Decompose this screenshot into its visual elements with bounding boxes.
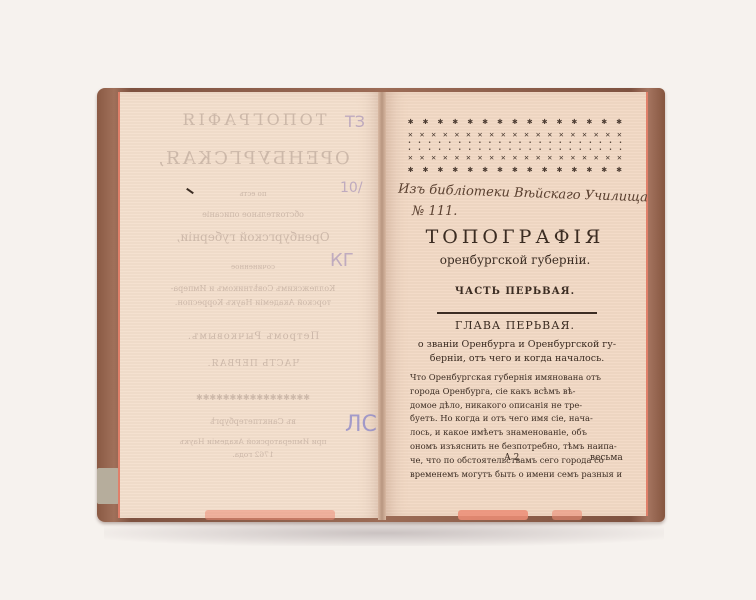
- signature-mark: А 2: [504, 453, 519, 463]
- bleed-year: 1762 года.: [148, 450, 358, 459]
- book-gutter: [378, 92, 386, 520]
- page-title: ТОПОГРАФІЯ: [400, 226, 630, 248]
- ornament-row-stars-2: ✱✱✱✱✱✱✱✱✱✱✱✱✱✱✱: [408, 166, 622, 175]
- page-subtitle: оренбургской губерніи.: [400, 253, 630, 267]
- body-line: домое дѣло, никакого описанія не тре-: [410, 399, 622, 413]
- bleed-ornament: ✱✱✱✱✱✱✱✱✱✱✱✱✱✱✱✱✱: [148, 393, 358, 402]
- bleed-line: Коллежскимъ Совѣтникомъ и Импера-: [148, 284, 358, 293]
- bleed-part: ЧАСТЬ ПЕРВАЯ.: [148, 359, 358, 369]
- ornament-row-x-2: ✕✕✕✕✕✕✕✕✕✕✕✕✕✕✕✕✕✕✕: [408, 154, 622, 162]
- part-heading: ЧАСТЬ ПЕРЬВАЯ.: [400, 286, 630, 297]
- pencil-mark: ТЗ: [345, 112, 365, 131]
- bleed-author: Петромъ Рычковымъ.: [148, 331, 358, 342]
- right-page-edge-stain-2: [552, 510, 582, 520]
- bleed-line: сочиненное: [148, 263, 358, 271]
- catchword: весьма: [590, 453, 623, 463]
- left-page-edge-stain: [205, 510, 335, 520]
- body-line: буетъ. Но когда и отъ чего имя сіе, нача…: [410, 412, 622, 426]
- pencil-mark: 10/: [340, 180, 363, 196]
- bleed-press: при Императорской Академіи Наукъ: [148, 437, 358, 446]
- ornament-row-dots: ••••••••••••••••••••••: [408, 141, 622, 146]
- bleed-line: Оренбургской губерніи,: [148, 230, 358, 244]
- bleed-title: ТОПОГРАФІЯ: [148, 110, 358, 129]
- book-shadow: [104, 520, 664, 546]
- bleed-line: по есть: [148, 190, 358, 198]
- ornament-row-stars: ✱✱✱✱✱✱✱✱✱✱✱✱✱✱✱: [408, 118, 622, 127]
- body-line: лось, и какое имѣетъ знаменованіе, объ: [410, 426, 622, 440]
- body-line: временемъ могутъ быть о имени семъ разны…: [410, 468, 622, 482]
- bleed-line: торской Академіи Наукъ Корреспон.: [148, 298, 358, 307]
- worn-cover-corner: [97, 468, 119, 504]
- pencil-mark: ЛС: [345, 412, 377, 437]
- body-line: Что Оренбургская губернія имянована отъ: [410, 371, 622, 385]
- pencil-mark: КГ: [330, 250, 354, 271]
- body-line: города Оренбурга, сіе какъ всѣмъ вѣ-: [410, 385, 622, 399]
- body-text: Что Оренбургская губернія имянована отъ …: [410, 371, 622, 481]
- handwritten-number: № 111.: [412, 204, 457, 219]
- bleed-title-2: ОРЕНБУРГСКАЯ,: [148, 148, 358, 169]
- ornament-row-x: ✕✕✕✕✕✕✕✕✕✕✕✕✕✕✕✕✕✕✕: [408, 131, 622, 139]
- bleed-city: въ Санктпетербургѣ: [148, 417, 358, 426]
- bleed-line: обстоятельное описаніе: [148, 210, 358, 219]
- divider-rule: [437, 312, 597, 314]
- right-page-edge-stain: [458, 510, 528, 520]
- body-line: ономъ изъяснить не безпотребно, тѣмъ наи…: [410, 440, 622, 454]
- chapter-description: о званіи Оренбурга и Оренбургской гу- бе…: [414, 338, 620, 366]
- chapter-heading: ГЛАВА ПЕРЬВАЯ.: [400, 319, 630, 332]
